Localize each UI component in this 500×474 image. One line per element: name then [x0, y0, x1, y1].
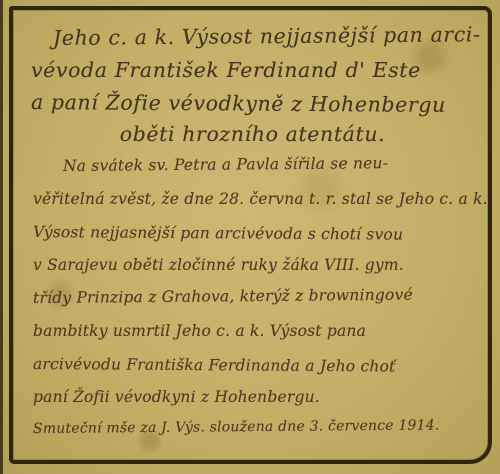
heading-line-1: Jeho c. a k. Výsost nejjasnější pan arci…	[53, 18, 478, 54]
body-line-4: v Sarajevu oběti zločinné ruky žáka VIII…	[33, 249, 478, 282]
body-line-8: paní Žofii vévodkyni z Hohenbergu.	[33, 381, 478, 414]
body-line-1: Na svátek sv. Petra a Pavla šířila se ne…	[63, 146, 478, 183]
document-border-frame: Jeho c. a k. Výsost nejjasnější pan arci…	[9, 6, 492, 464]
document-page: Jeho c. a k. Výsost nejjasnější pan arci…	[0, 0, 500, 474]
body-line-6: bambitky usmrtil Jeho c. a k. Výsost pan…	[33, 315, 478, 348]
footer-line: Smuteční mše za J. Výs. sloužena dne 3. …	[33, 410, 478, 444]
body-line-2: věřitelná zvěst, že dne 28. června t. r.…	[33, 183, 478, 216]
heading-line-3: a paní Žofie vévodkyně z Hohenbergu	[31, 86, 478, 121]
heading-line-2: vévoda František Ferdinand d' Este	[31, 54, 478, 86]
body-line-3: Výsost nejjasnější pan arcivévoda s chot…	[33, 216, 478, 252]
body-line-7: arcivévodu Františka Ferdinanda a Jeho c…	[33, 348, 478, 384]
body-line-5: třídy Prinzipa z Grahova, kterýž z brown…	[33, 278, 478, 315]
heading-line-4: oběti hrozního atentátu.	[27, 118, 478, 150]
